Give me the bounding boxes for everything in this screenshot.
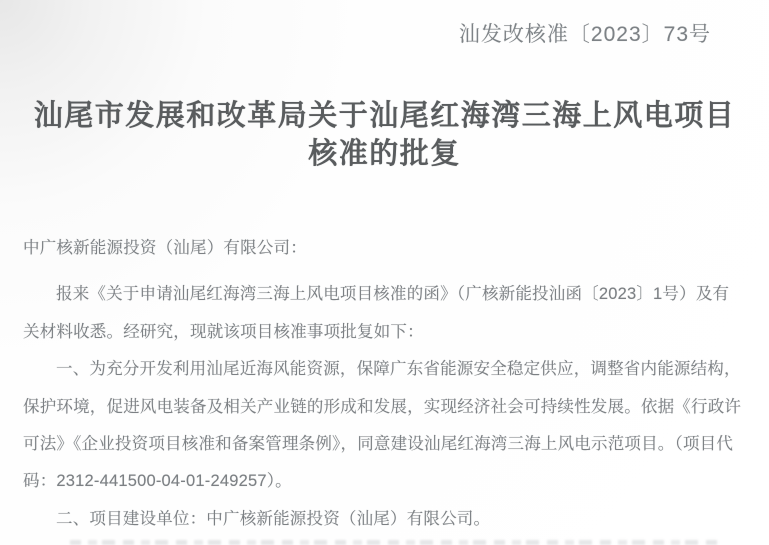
document-body: 中广核新能源投资（汕尾）有限公司： 报来《关于申请汕尾红海湾三海上风电项目核准的… [23,230,743,538]
document-reference-number: 汕发改核准〔2023〕73号 [459,18,711,48]
paragraph-item-1: 一、为充分开发利用汕尾近海风能资源，保障广东省能源安全稳定供应，调整省内能源结构… [23,351,743,501]
document-title-line-1: 汕尾市发展和改革局关于汕尾红海湾三海上风电项目 [0,97,769,135]
document-page: 汕发改核准〔2023〕73号 汕尾市发展和改革局关于汕尾红海湾三海上风电项目 核… [0,0,769,545]
paragraph-item-2: 二、项目建设单位：中广核新能源投资（汕尾）有限公司。 [23,501,743,538]
document-title-line-2: 核准的批复 [0,135,769,173]
recipient-salutation: 中广核新能源投资（汕尾）有限公司： [23,230,743,267]
document-title: 汕尾市发展和改革局关于汕尾红海湾三海上风电项目 核准的批复 [0,97,769,173]
partial-next-line-cutoff [70,540,718,545]
paragraph-intro: 报来《关于申请汕尾红海湾三海上风电项目核准的函》（广核新能投汕函〔2023〕1号… [23,276,743,351]
